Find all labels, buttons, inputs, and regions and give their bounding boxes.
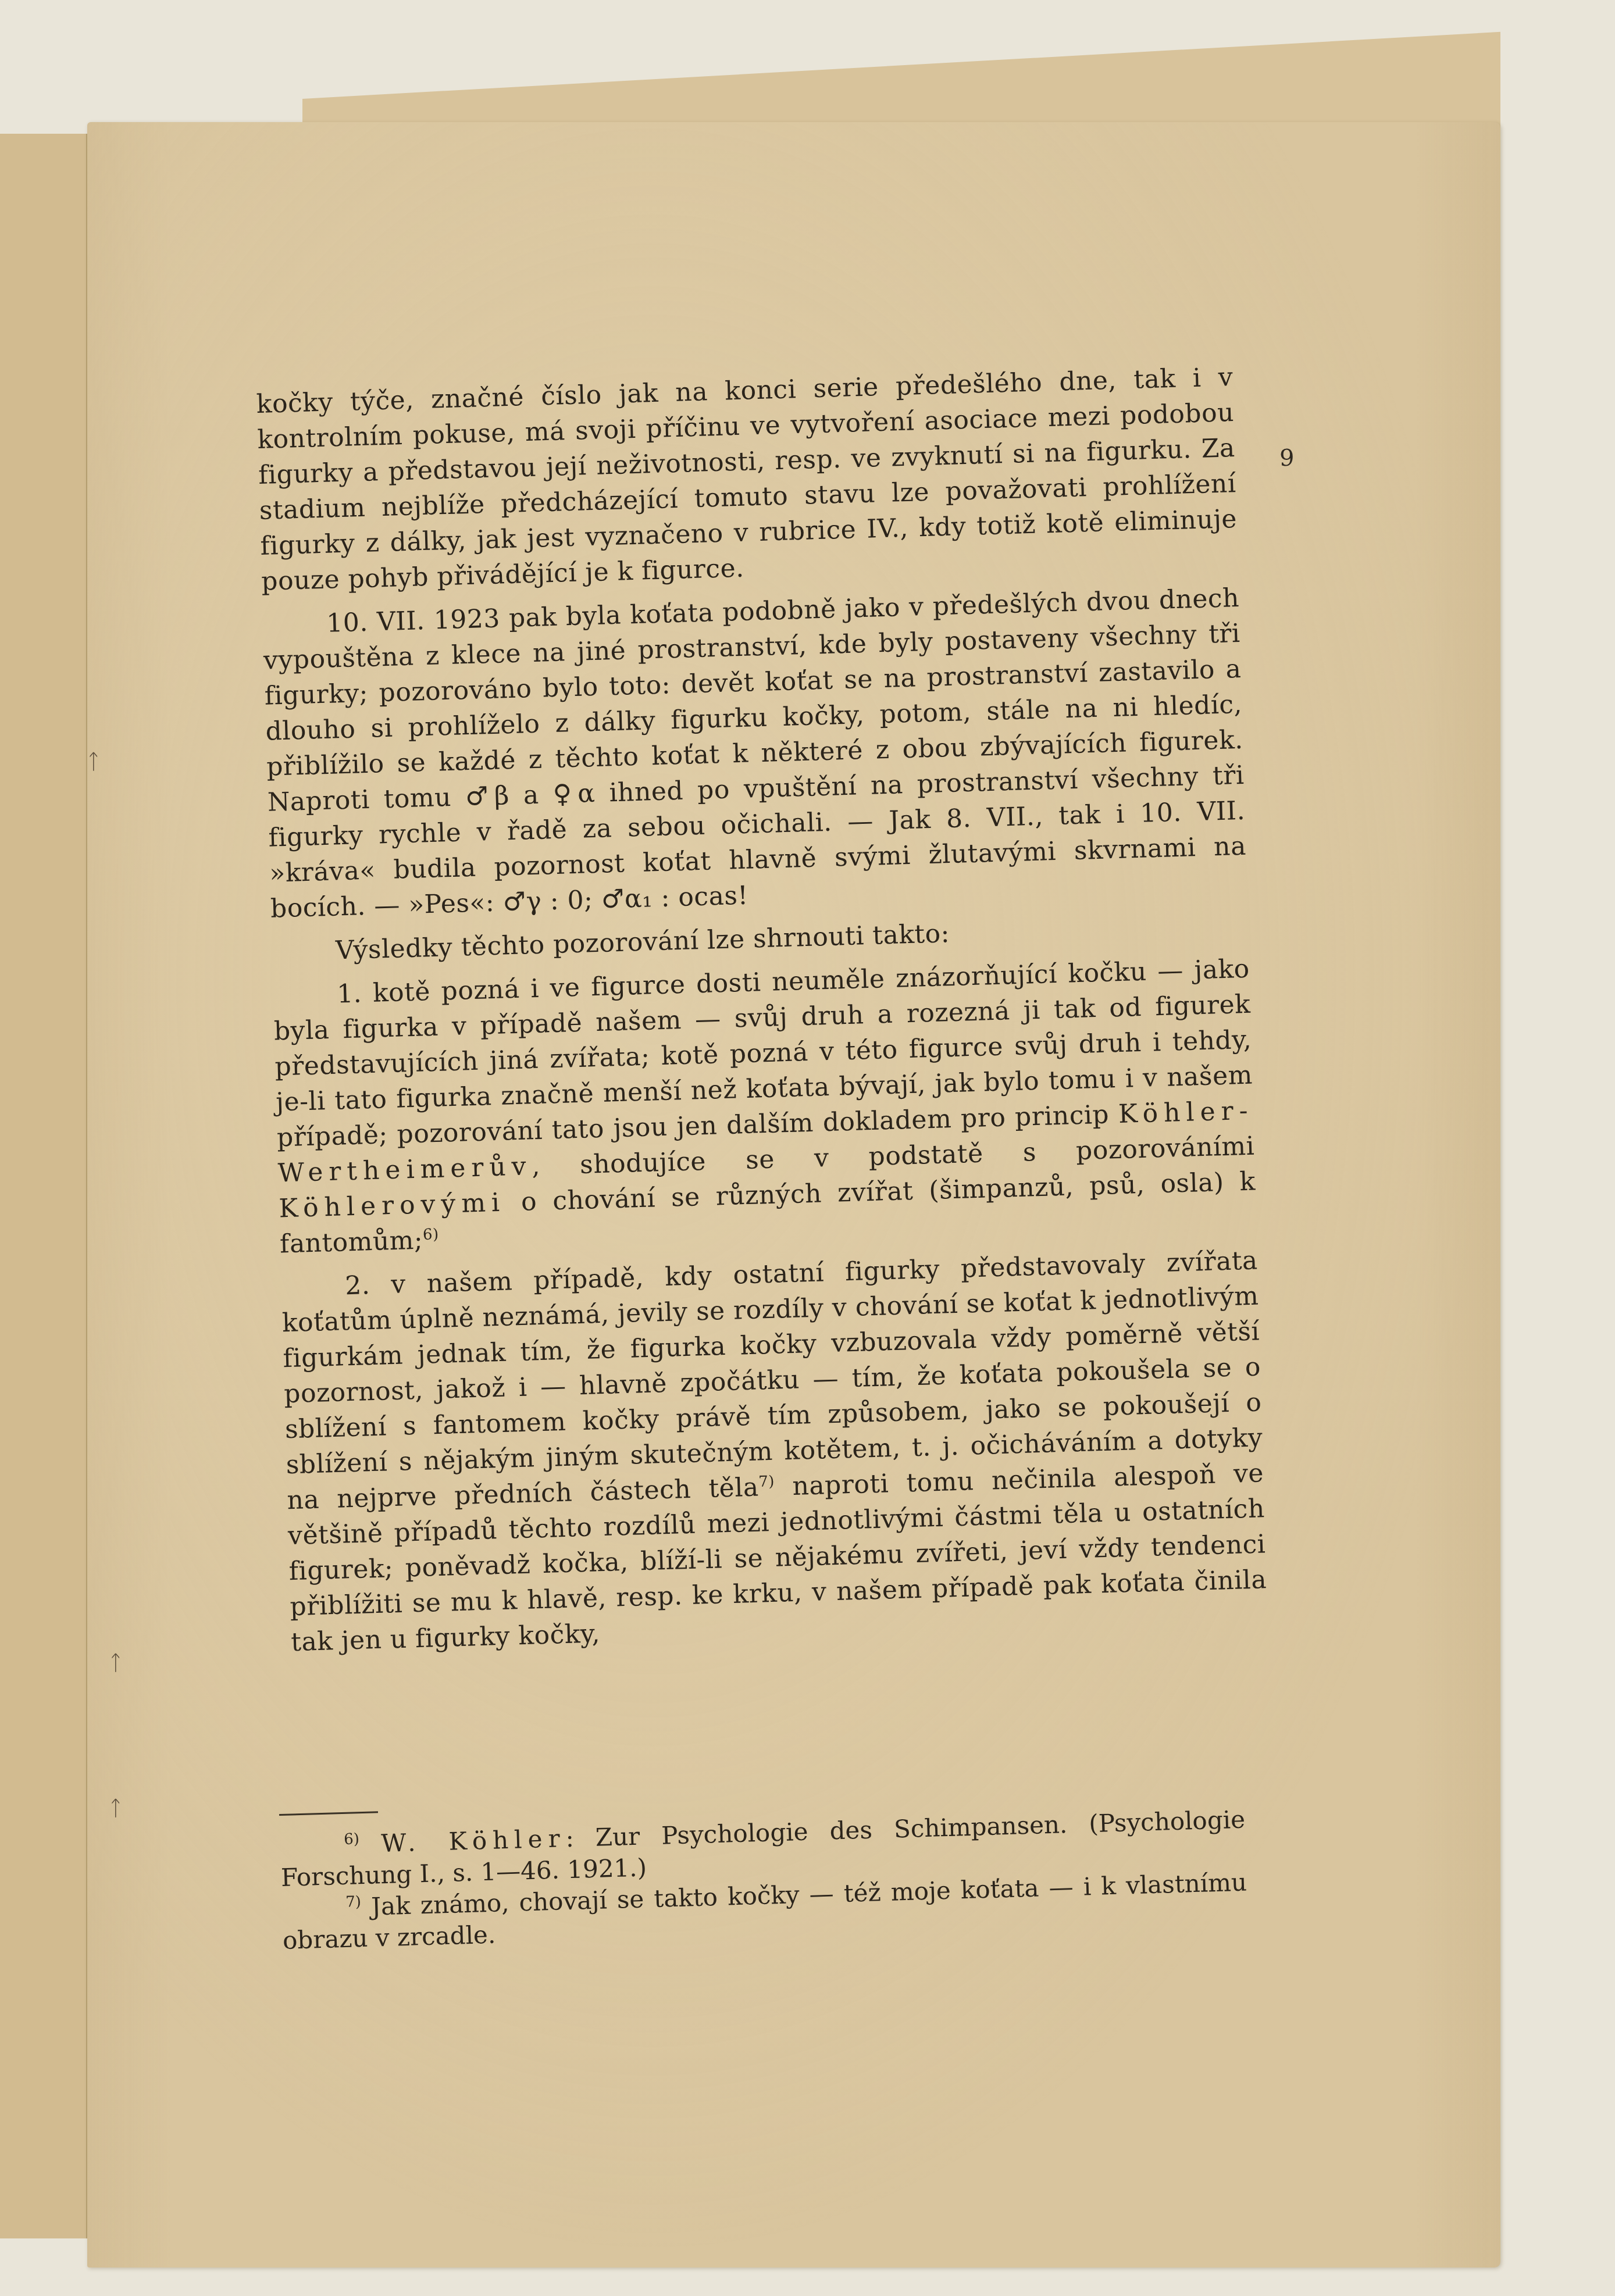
body-text: kočky týče, značné číslo jak na konci se… xyxy=(256,359,1268,1668)
footnote-ref[interactable]: 7) xyxy=(758,1473,775,1491)
list-item-1: 1. kotě pozná i ve figurce dosti neuměle… xyxy=(272,951,1257,1262)
left-facing-page xyxy=(0,134,87,2238)
paragraph: 10. VII. 1923 pak byla koťata podobně ja… xyxy=(262,580,1248,927)
paragraph: kočky týče, značné číslo jak na konci se… xyxy=(256,359,1239,599)
footnotes: 6) W. Köhler: Zur Psychologie des Schimp… xyxy=(279,1787,1248,1956)
page-number: 9 xyxy=(1279,445,1294,472)
margin-tick-mark: ᛏ xyxy=(109,1651,122,1675)
author-name: W. Köhler xyxy=(381,1824,566,1858)
footnote-ref[interactable]: 6) xyxy=(423,1226,440,1244)
author-name: Köhlerovými xyxy=(279,1188,506,1224)
list-item-2: 2. v našem případě, kdy ostatní figurky … xyxy=(280,1242,1268,1660)
margin-tick-mark: ᛏ xyxy=(87,750,100,774)
margin-tick-mark: ᛏ xyxy=(109,1797,122,1820)
